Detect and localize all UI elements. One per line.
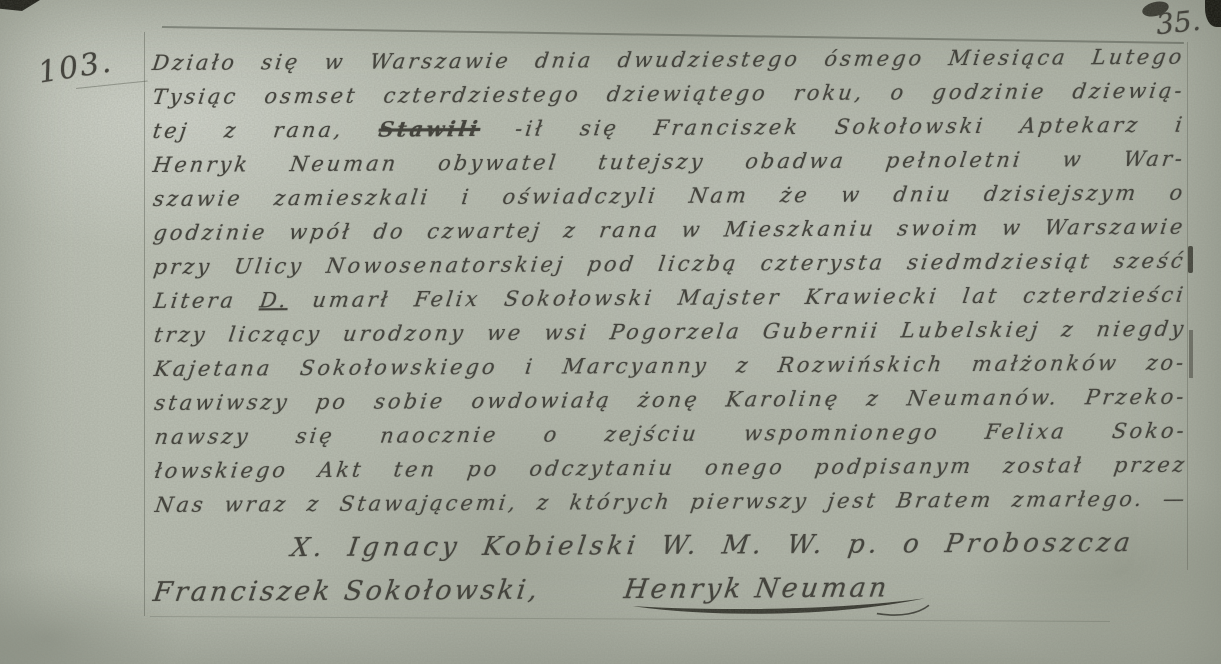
ruled-line-left [144,32,145,616]
signature-witness-1: Franciszek Sokołowski, [151,575,542,608]
struck-word: Stawili [377,116,482,142]
record-number: 103. [36,44,115,90]
signature-row: Franciszek Sokołowski, Henryk Neuman [151,571,1187,608]
record-line-14: Nas wraz z Stawającemi, z których pierws… [153,482,1190,522]
signature-witness-2: Henryk Neuman [622,572,891,605]
page-number: 35. [1154,4,1202,41]
scan-artifact-right-edge-2 [1189,330,1193,378]
record-line-8-prefix: Litera [152,288,261,313]
record-line-8-suffix: umarł Felix Sokołowski Majster Krawiecki… [287,283,1187,313]
underlined-letter: D. [258,288,290,312]
record-line-3-suffix: -ił się Franciszek Sokołowski Aptekarz i [479,113,1187,141]
scanned-document-page: 103. 35. Działo się w Warszawie dnia dwu… [0,0,1221,664]
signature-officiant: X. Ignacy Kobielski W. M. W. p. o Probos… [289,528,1187,563]
scan-artifact-right-edge-1 [1188,246,1193,273]
scan-artifact-top-left [0,0,40,11]
record-text: Działo się w Warszawie dnia dwudziestego… [150,40,1185,608]
scan-artifact-top-right-corner [1205,0,1221,27]
signature-flourish [626,591,935,621]
record-line-3-prefix: tej z rana, [151,118,380,143]
